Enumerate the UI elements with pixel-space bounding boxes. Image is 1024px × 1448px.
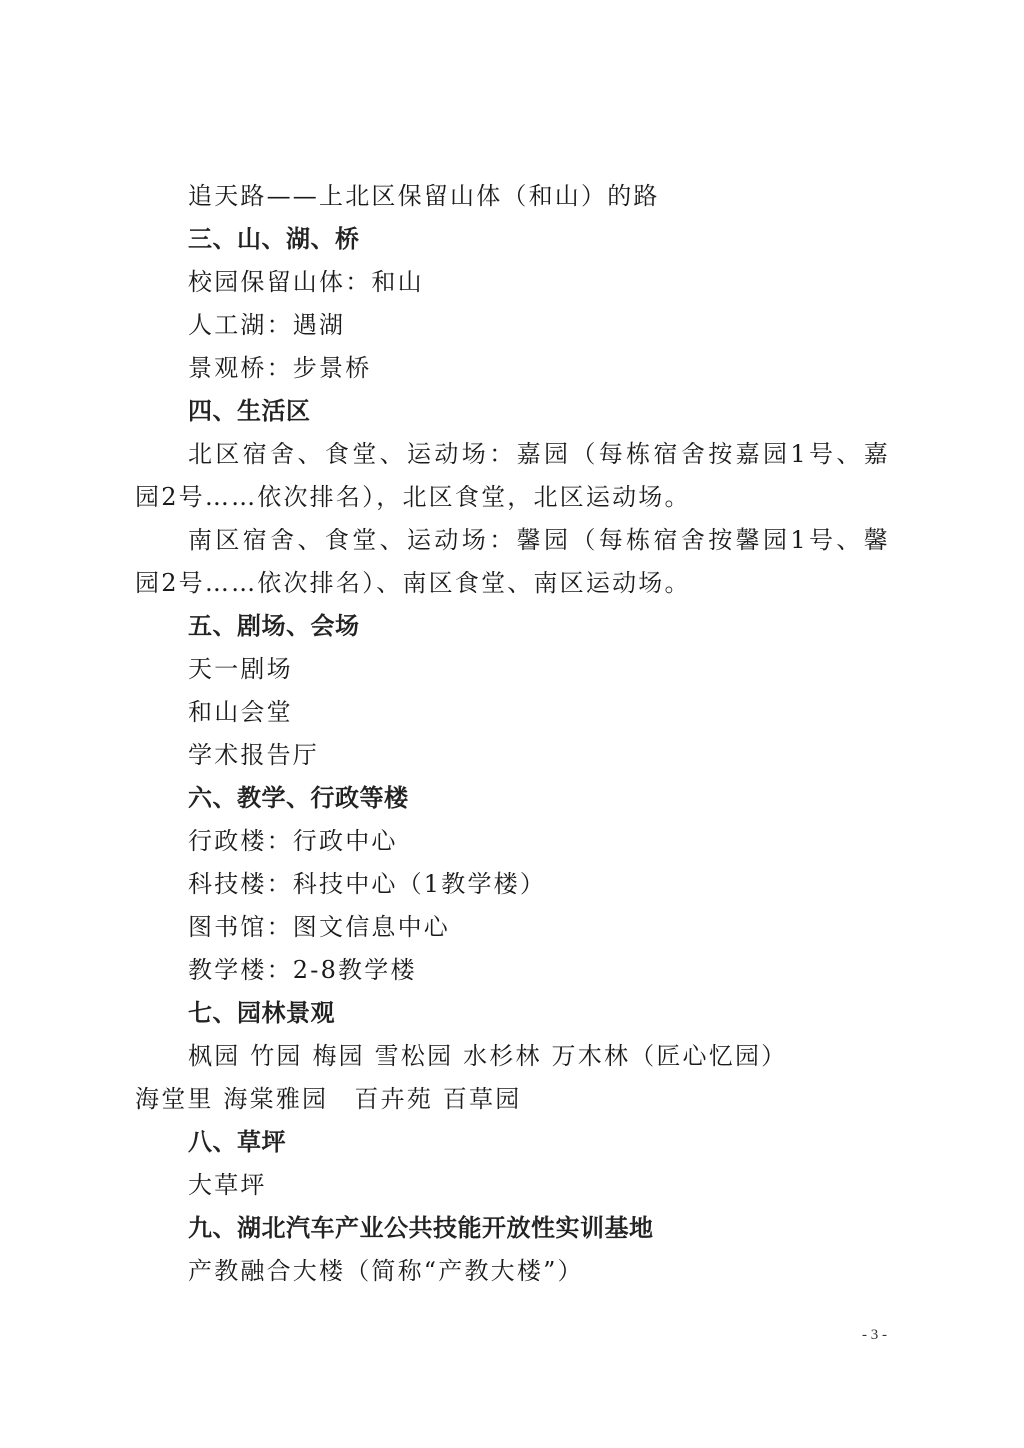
item-industry-building: 产教融合大楼（简称“产教大楼”）	[135, 1250, 895, 1293]
item-bridge: 景观桥：步景桥	[135, 347, 895, 390]
item-gardens: 枫园 竹园 梅园 雪松园 水杉林 万木林（匠心忆园）	[135, 1035, 895, 1078]
item-south-dorms: 南区宿舍、食堂、运动场：馨园（每栋宿舍按馨园1号、馨	[135, 519, 890, 562]
section-heading-5: 五、剧场、会场	[135, 605, 895, 648]
item-lecture-hall: 学术报告厅	[135, 734, 895, 777]
item-admin-building: 行政楼：行政中心	[135, 820, 895, 863]
item-mountain: 校园保留山体：和山	[135, 261, 895, 304]
section-heading-8: 八、草坪	[135, 1121, 895, 1164]
section-heading-7: 七、园林景观	[135, 992, 895, 1035]
item-hall: 和山会堂	[135, 691, 895, 734]
item-tech-building: 科技楼：科技中心（1教学楼）	[135, 863, 895, 906]
item-library: 图书馆：图文信息中心	[135, 906, 895, 949]
section-heading-4: 四、生活区	[135, 390, 895, 433]
document-page: 追天路——上北区保留山体（和山）的路 三、山、湖、桥 校园保留山体：和山 人工湖…	[0, 0, 1024, 1448]
item-lawn: 大草坪	[135, 1164, 895, 1207]
item-lake: 人工湖：遇湖	[135, 304, 895, 347]
section-heading-3: 三、山、湖、桥	[135, 218, 895, 261]
road-item-zhuitian: 追天路——上北区保留山体（和山）的路	[135, 175, 895, 218]
item-theater: 天一剧场	[135, 648, 895, 691]
item-gardens-cont: 海堂里 海棠雅园 百卉苑 百草园	[135, 1078, 895, 1121]
item-north-dorms: 北区宿舍、食堂、运动场：嘉园（每栋宿舍按嘉园1号、嘉	[135, 433, 890, 476]
item-south-dorms-cont: 园2号……依次排名）、南区食堂、南区运动场。	[135, 562, 895, 605]
page-number: - 3 -	[862, 1327, 887, 1344]
section-heading-9: 九、湖北汽车产业公共技能开放性实训基地	[135, 1207, 895, 1250]
section-heading-6: 六、教学、行政等楼	[135, 777, 895, 820]
item-north-dorms-cont: 园2号……依次排名），北区食堂，北区运动场。	[135, 476, 895, 519]
item-teaching-buildings: 教学楼：2-8教学楼	[135, 949, 895, 992]
